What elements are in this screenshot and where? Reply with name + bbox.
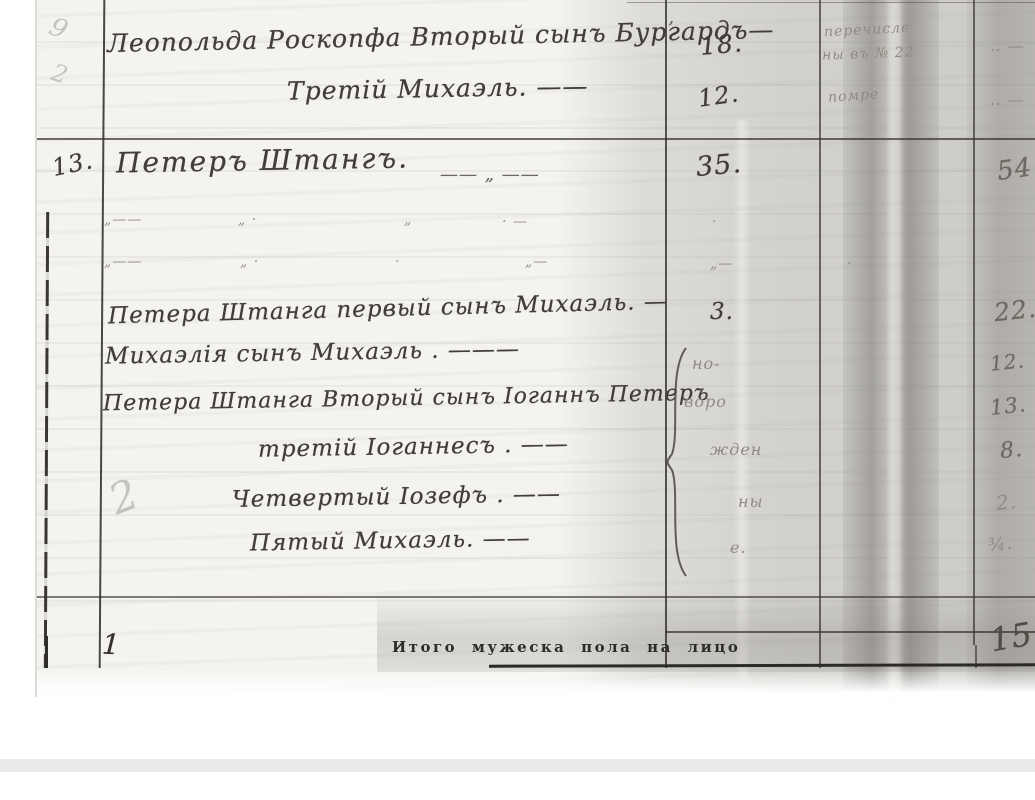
scan-light-streak: [889, 0, 901, 697]
table-top-rule: [627, 2, 1035, 3]
table-row-separator-total: [37, 596, 1035, 598]
household-head-name: Петеръ Штангъ.: [116, 141, 409, 179]
entry-remark-line2: ны въ № 22: [822, 44, 915, 63]
member-present: 2.: [995, 489, 1018, 515]
grouping-brace: [660, 346, 694, 578]
margin-pencil-note: 2: [102, 469, 146, 525]
filler-mark: „—: [710, 256, 733, 272]
filler-mark: „ ·: [238, 212, 257, 228]
household-head-present: 54.: [995, 151, 1035, 187]
scan-dark-band: [843, 0, 939, 697]
total-underline: [489, 663, 1035, 667]
brace-note-fragment: жден: [710, 440, 762, 459]
entry-age: 12.: [696, 79, 741, 112]
member-age: 3.: [710, 299, 734, 325]
entry-name: Третій Михаэль. ——: [287, 71, 589, 105]
entry-remark-line1: помре: [828, 86, 880, 106]
entry-remark-line1: перечисле: [824, 20, 911, 40]
table-column-line-present: [973, 0, 975, 645]
table-left-border: [44, 212, 49, 668]
member-present: ¾.: [987, 533, 1014, 557]
bottom-left-tick: [45, 636, 48, 668]
document-bottom-edge-fade: [37, 668, 1035, 697]
member-present: 22.: [993, 294, 1035, 327]
member-present: 8.: [999, 437, 1024, 464]
household-number: 13.: [50, 146, 96, 182]
brace-note-fragment: но-: [692, 354, 721, 373]
margin-ghost-mark: 9: [45, 12, 73, 47]
bottom-margin-mark: 1: [101, 628, 122, 662]
entry-name: Леопольда Роскопфа Вторый сынъ Бургардъ—: [107, 15, 775, 58]
member-name: Петера Штанга Вторый сынъ Іоганнъ Петеръ: [103, 381, 710, 417]
filler-mark: · —: [502, 214, 528, 230]
member-present: 12.: [989, 348, 1026, 376]
filler-mark: „ ·: [240, 254, 259, 270]
table-row-separator-top: [37, 138, 1035, 140]
table-column-line-remark: [819, 0, 821, 668]
filler-mark: „: [404, 212, 412, 228]
page: 9 2 2 1 ’ Леопольда Роскопфа Вторый сынъ…: [0, 0, 1035, 800]
member-name: Пятый Михаэль. ——: [250, 526, 531, 557]
brace-note-fragment: ны: [738, 492, 764, 511]
total-box-top-rule: [665, 631, 1035, 633]
household-head-age: 35.: [695, 148, 743, 183]
filler-mark: „——: [104, 254, 142, 270]
entry-present: ‥ —: [990, 90, 1025, 109]
table-column-line-present-foot: [975, 645, 977, 668]
scan-light-streak-2: [737, 120, 747, 678]
member-name: Четвертый Іозефъ . ——: [232, 481, 561, 513]
scan-bottom-shading: [377, 590, 1035, 672]
member-name: Михаэлія сынъ Михаэль . ———: [105, 336, 520, 369]
scanned-document: 9 2 2 1 ’ Леопольда Роскопфа Вторый сынъ…: [35, 0, 1035, 697]
total-row-label: Итого мужеска пола на лицо: [392, 638, 740, 656]
member-name: Петера Штанга первый сынъ Михаэль. —: [108, 289, 668, 330]
filler-mark: ·: [847, 256, 852, 272]
filler-mark: ·: [712, 214, 717, 230]
brace-note-fragment: воро: [684, 392, 727, 411]
table-column-line-number: [99, 0, 106, 668]
member-name: третій Іоганнесъ . ——: [258, 431, 569, 462]
entry-age: 18.: [699, 28, 744, 61]
scan-shading-right: [557, 0, 1035, 697]
brace-note-fragment: е.: [730, 538, 747, 557]
filler-mark: „——: [104, 212, 142, 228]
household-head-dashes: —— „ ——: [440, 164, 540, 185]
filler-mark: „—: [525, 254, 548, 270]
margin-ghost-mark-2: 2: [48, 58, 72, 90]
total-value: 15: [987, 615, 1035, 660]
entry-present: ‥ —: [990, 36, 1025, 55]
member-present: 13.: [989, 392, 1028, 420]
filler-mark: ·: [395, 254, 400, 270]
horizontal-scrollbar-track[interactable]: [0, 759, 1035, 772]
